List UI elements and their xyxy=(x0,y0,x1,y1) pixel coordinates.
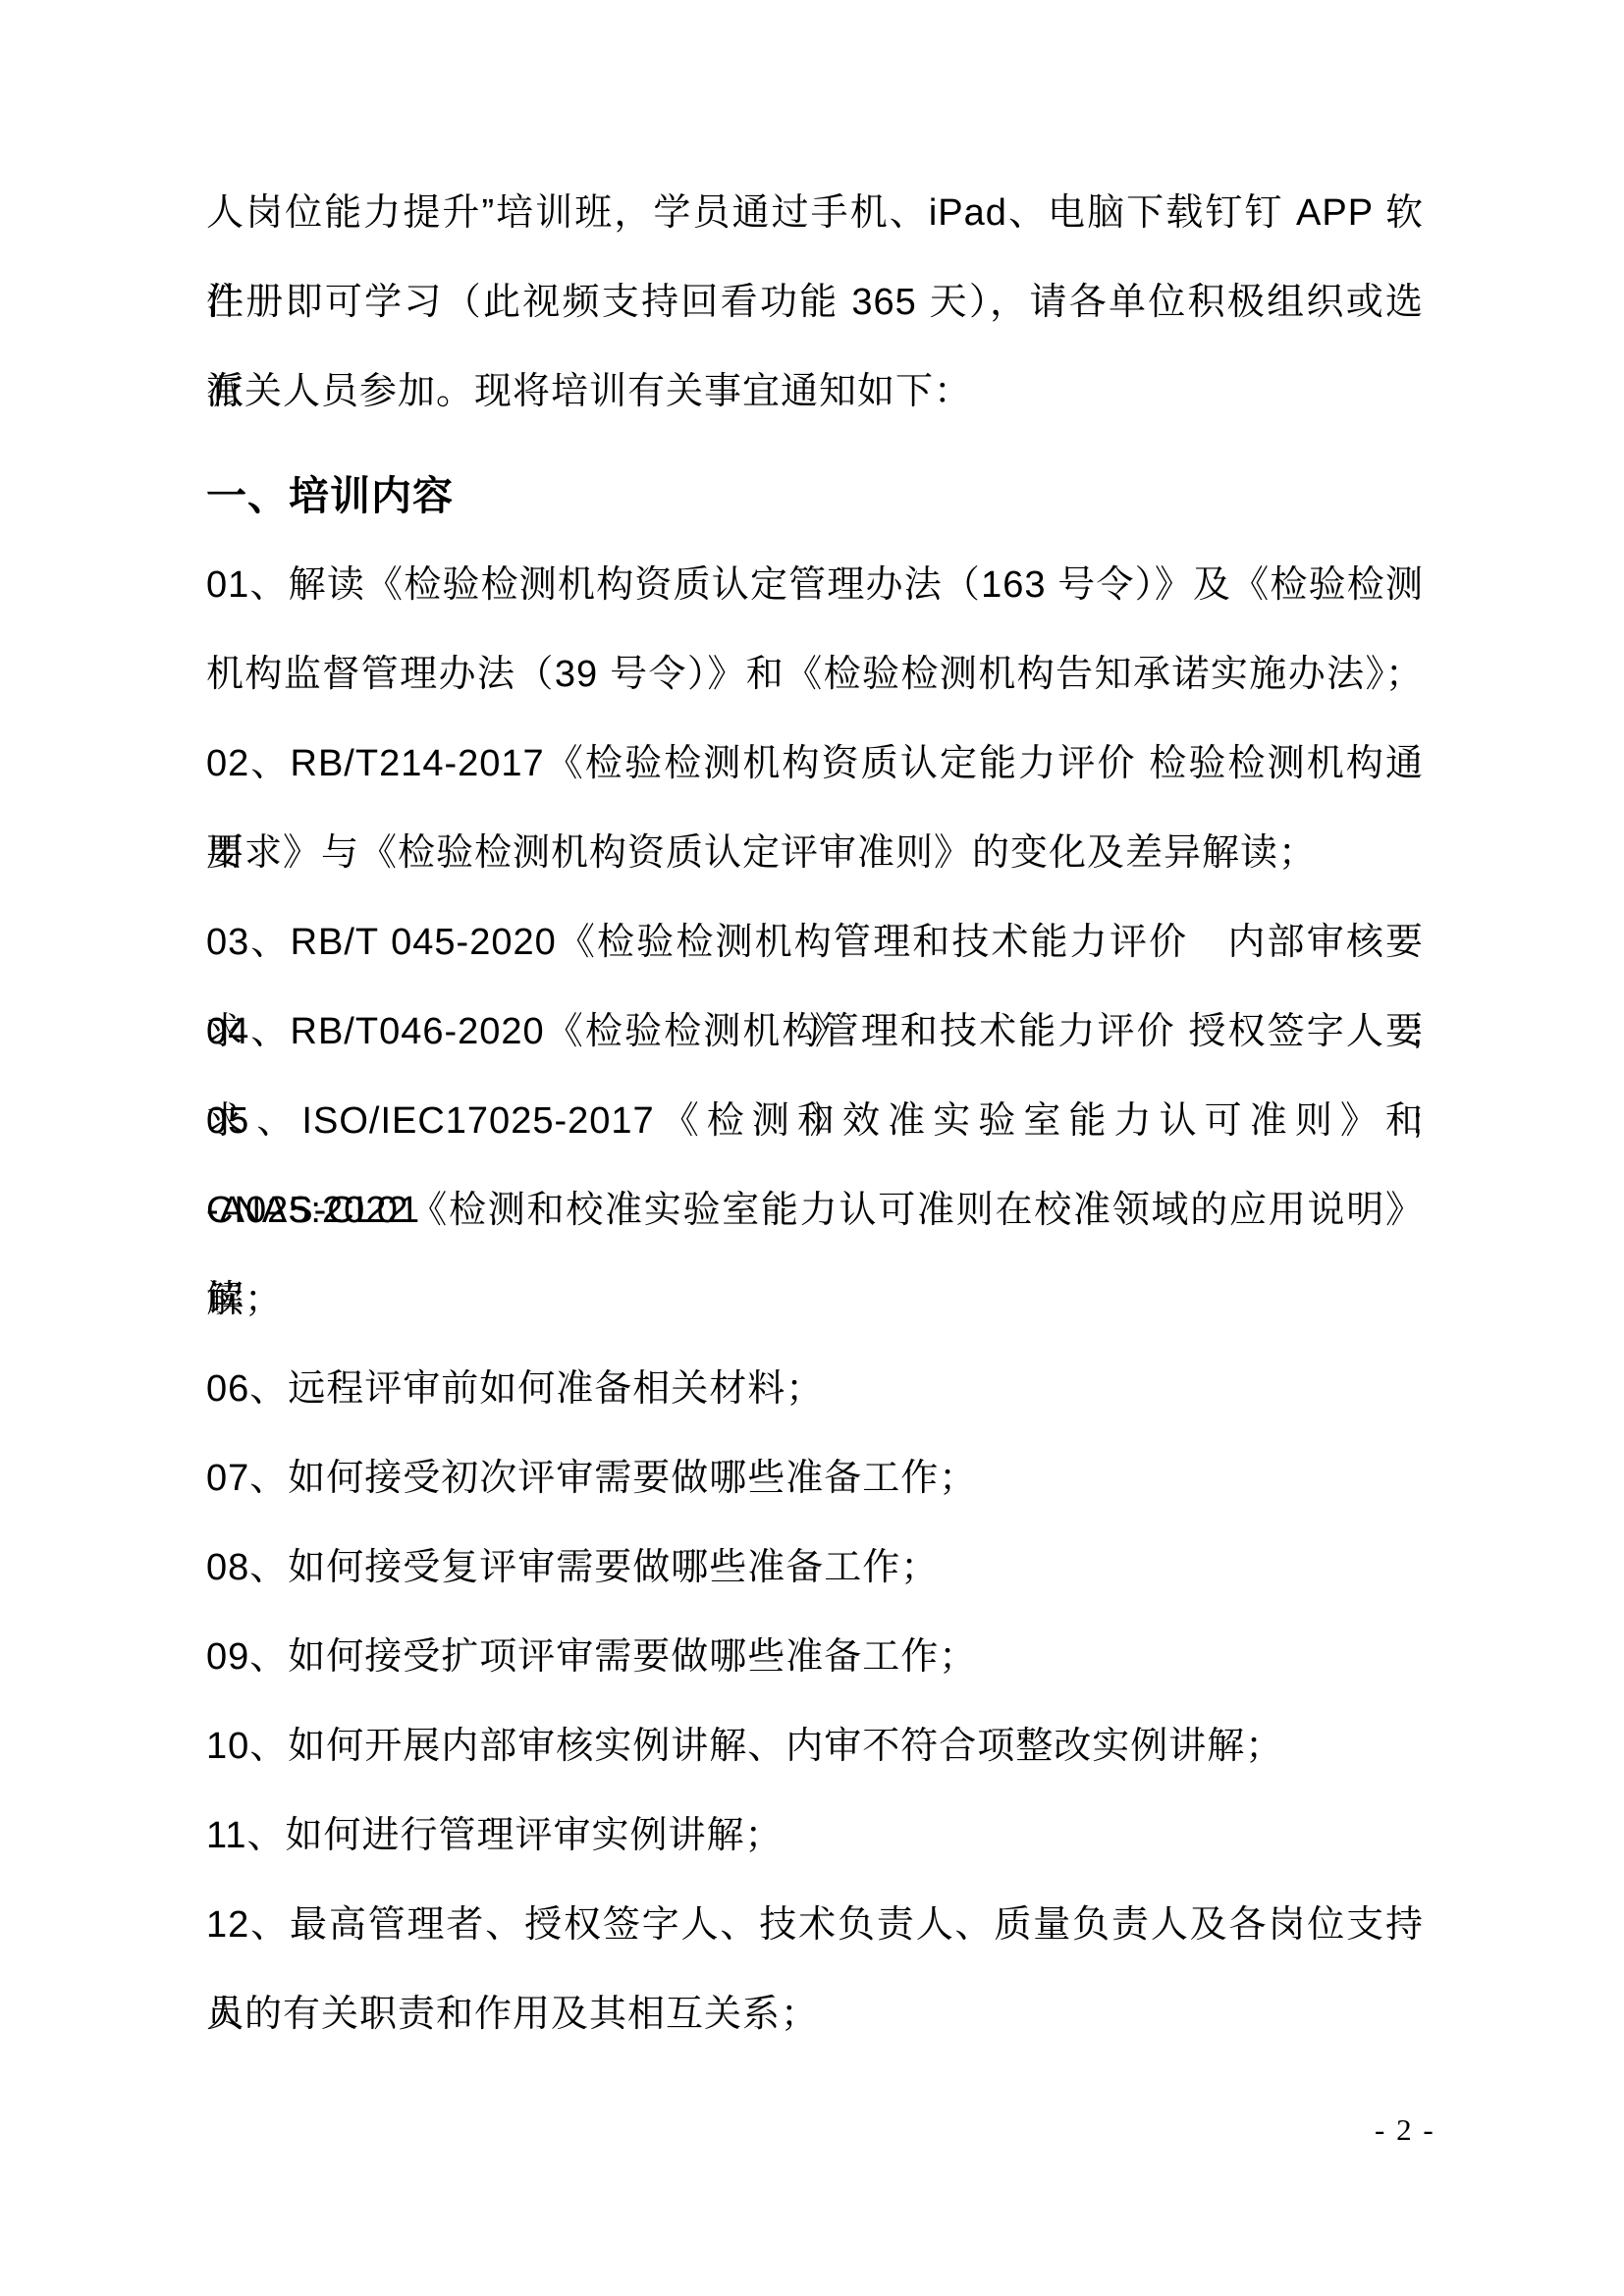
text-line: 人岗位能力提升”培训班，学员通过手机、iPad、电脑下载钉钉 APP 软件 xyxy=(206,169,1424,258)
text-line: 注册即可学习（此视频支持回看功能 365 天），请各单位积极组织或选派 xyxy=(206,258,1424,347)
list-item-08: 08、如何接受复评审需要做哪些准备工作； xyxy=(206,1523,1424,1613)
list-item-10: 10、如何开展内部审核实例讲解、内审不符合项整改实例讲解； xyxy=(206,1702,1424,1791)
list-item-12-continued: 员的有关职责和作用及其相互关系； xyxy=(206,1970,1424,2059)
list-item-11: 11、如何进行管理评审实例讲解； xyxy=(206,1791,1424,1881)
document-page: 人岗位能力提升”培训班，学员通过手机、iPad、电脑下载钉钉 APP 软件 注册… xyxy=(0,0,1624,2296)
list-item-04: 04、RB/T046-2020《检验检测机构管理和技术能力评价 授权签字人要求》… xyxy=(206,988,1424,1077)
page-number: - 2 - xyxy=(1375,2110,1435,2150)
list-item-03: 03、RB/T 045-2020《检验检测机构管理和技术能力评价 内部审核要求》… xyxy=(206,898,1424,988)
list-item-05-continued: -A025:2022《检测和校准实验室能力认可准则在校准领域的应用说明》解 xyxy=(206,1166,1424,1255)
list-item-12: 12、最高管理者、授权签字人、技术负责人、质量负责人及各岗位支持人 xyxy=(206,1881,1424,1970)
list-item-05-continued-2: 读； xyxy=(206,1255,1424,1345)
list-item-07: 07、如何接受初次评审需要做哪些准备工作； xyxy=(206,1434,1424,1523)
section-heading: 一、培训内容 xyxy=(206,452,1424,541)
document-body: 人岗位能力提升”培训班，学员通过手机、iPad、电脑下载钉钉 APP 软件 注册… xyxy=(206,169,1424,2059)
text-line: 有关人员参加。现将培训有关事宜通知如下： xyxy=(206,347,1424,437)
list-item-09: 09、如何接受扩项评审需要做哪些准备工作； xyxy=(206,1613,1424,1702)
list-item-06: 06、远程评审前如何准备相关材料； xyxy=(206,1345,1424,1434)
list-item-02: 02、RB/T214-2017《检验检测机构资质认定能力评价 检验检测机构通用 xyxy=(206,720,1424,809)
list-item-01: 01、解读《检验检测机构资质认定管理办法（163 号令）》及《检验检测 xyxy=(206,541,1424,630)
list-item-05: 05、ISO/IEC17025-2017《检测和效准实验室能力认可准则》和 CN… xyxy=(206,1077,1424,1166)
list-item-01-continued: 机构监督管理办法（39 号令）》和《检验检测机构告知承诺实施办法》； xyxy=(206,630,1424,720)
list-item-02-continued: 要求》与《检验检测机构资质认定评审准则》的变化及差异解读； xyxy=(206,809,1424,898)
